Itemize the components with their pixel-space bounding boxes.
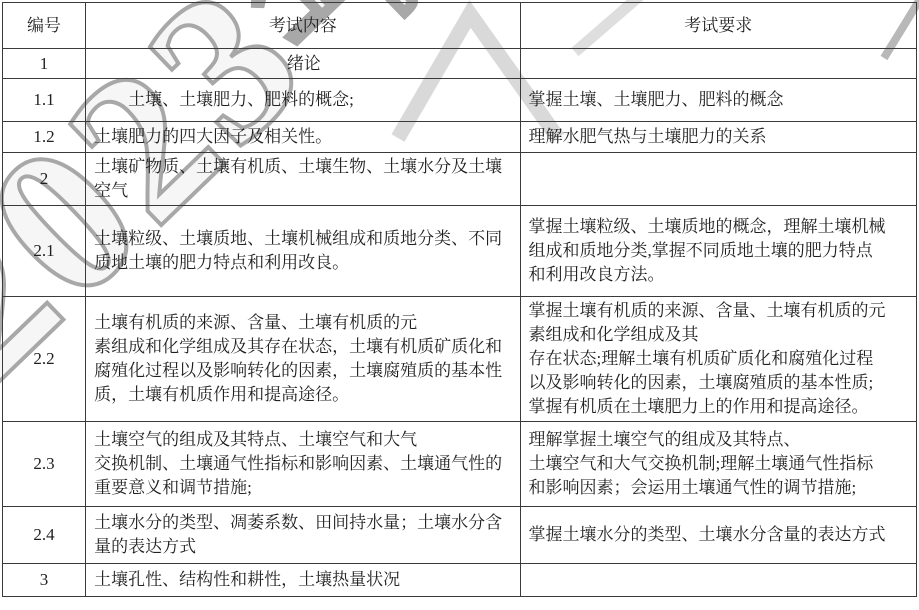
row-number-cell: 2.4 [3, 507, 86, 564]
row-number-cell: 2.3 [3, 422, 86, 507]
content-cell: 土壤孔性、结构性和耕性，土壤热量状况 [86, 564, 520, 597]
exam-syllabus-table: 编号 考试内容 考试要求 1 绪论 1.1 土壤、土壤肥力、肥料的概念; 掌握土… [2, 2, 917, 597]
requirement-cell [520, 564, 916, 597]
column-header-number: 编号 [3, 3, 86, 49]
row-number-cell: 3 [3, 564, 86, 597]
requirement-cell: 掌握土壤水分的类型、土壤水分含量的表达方式 [520, 507, 916, 564]
requirement-cell: 掌握土壤粒级、土壤质地的概念，理解土壤机械 组成和质地分类,掌握不同质地土壤的肥… [520, 206, 916, 297]
table-row: 2 土壤矿物质、土壤有机质、土壤生物、土壤水分及土壤 空气 [3, 153, 917, 206]
requirement-cell [520, 49, 916, 79]
requirement-cell: 掌握土壤、土壤肥力、肥料的概念 [520, 79, 916, 122]
row-number-cell: 1.2 [3, 122, 86, 153]
content-cell: 土壤矿物质、土壤有机质、土壤生物、土壤水分及土壤 空气 [86, 153, 520, 206]
content-cell: 土壤肥力的四大因子及相关性。 [86, 122, 520, 153]
table-row: 2.1 土壤粒级、土壤质地、土壤机械组成和质地分类、不同 质地土壤的肥力特点和利… [3, 206, 917, 297]
content-cell: 绪论 [86, 49, 520, 79]
content-cell: 土壤粒级、土壤质地、土壤机械组成和质地分类、不同 质地土壤的肥力特点和利用改良。 [86, 206, 520, 297]
requirement-cell [520, 153, 916, 206]
row-number-cell: 2.1 [3, 206, 86, 297]
scanned-document-page: 2023年专业 编号 考试内容 考试要求 1 绪论 1.1 土壤、土壤肥力、肥料… [0, 0, 919, 610]
header-row: 编号 考试内容 考试要求 [3, 3, 917, 49]
content-cell: 土壤有机质的来源、含量、土壤有机质的元 素组成和化学组成及其存在状态，土壤有机质… [86, 297, 520, 422]
content-cell: 土壤空气的组成及其特点、土壤空气和大气 交换机制、土壤通气性指标和影响因素、土壤… [86, 422, 520, 507]
column-header-exam-requirement: 考试要求 [520, 3, 916, 49]
row-number-cell: 1 [3, 49, 86, 79]
row-number-cell: 2.2 [3, 297, 86, 422]
row-number-cell: 1.1 [3, 79, 86, 122]
column-header-exam-content: 考试内容 [86, 3, 520, 49]
requirement-cell: 理解水肥气热与土壤肥力的关系 [520, 122, 916, 153]
requirement-cell: 掌握土壤有机质的来源、含量、土壤有机质的元 素组成和化学组成及其 存在状态;理解… [520, 297, 916, 422]
content-cell: 土壤、土壤肥力、肥料的概念; [86, 79, 520, 122]
table-row: 2.4 土壤水分的类型、凋萎系数、田间持水量；土壤水分含 量的表达方式 掌握土壤… [3, 507, 917, 564]
table-row: 1.1 土壤、土壤肥力、肥料的概念; 掌握土壤、土壤肥力、肥料的概念 [3, 79, 917, 122]
table-row: 2.3 土壤空气的组成及其特点、土壤空气和大气 交换机制、土壤通气性指标和影响因… [3, 422, 917, 507]
row-number-cell: 2 [3, 153, 86, 206]
requirement-cell: 理解掌握土壤空气的组成及其特点、 土壤空气和大气交换机制;理解土壤通气性指标 和… [520, 422, 916, 507]
content-cell: 土壤水分的类型、凋萎系数、田间持水量；土壤水分含 量的表达方式 [86, 507, 520, 564]
table-row: 3 土壤孔性、结构性和耕性，土壤热量状况 [3, 564, 917, 597]
table-row: 1.2 土壤肥力的四大因子及相关性。 理解水肥气热与土壤肥力的关系 [3, 122, 917, 153]
table-row: 1 绪论 [3, 49, 917, 79]
table-row: 2.2 土壤有机质的来源、含量、土壤有机质的元 素组成和化学组成及其存在状态，土… [3, 297, 917, 422]
